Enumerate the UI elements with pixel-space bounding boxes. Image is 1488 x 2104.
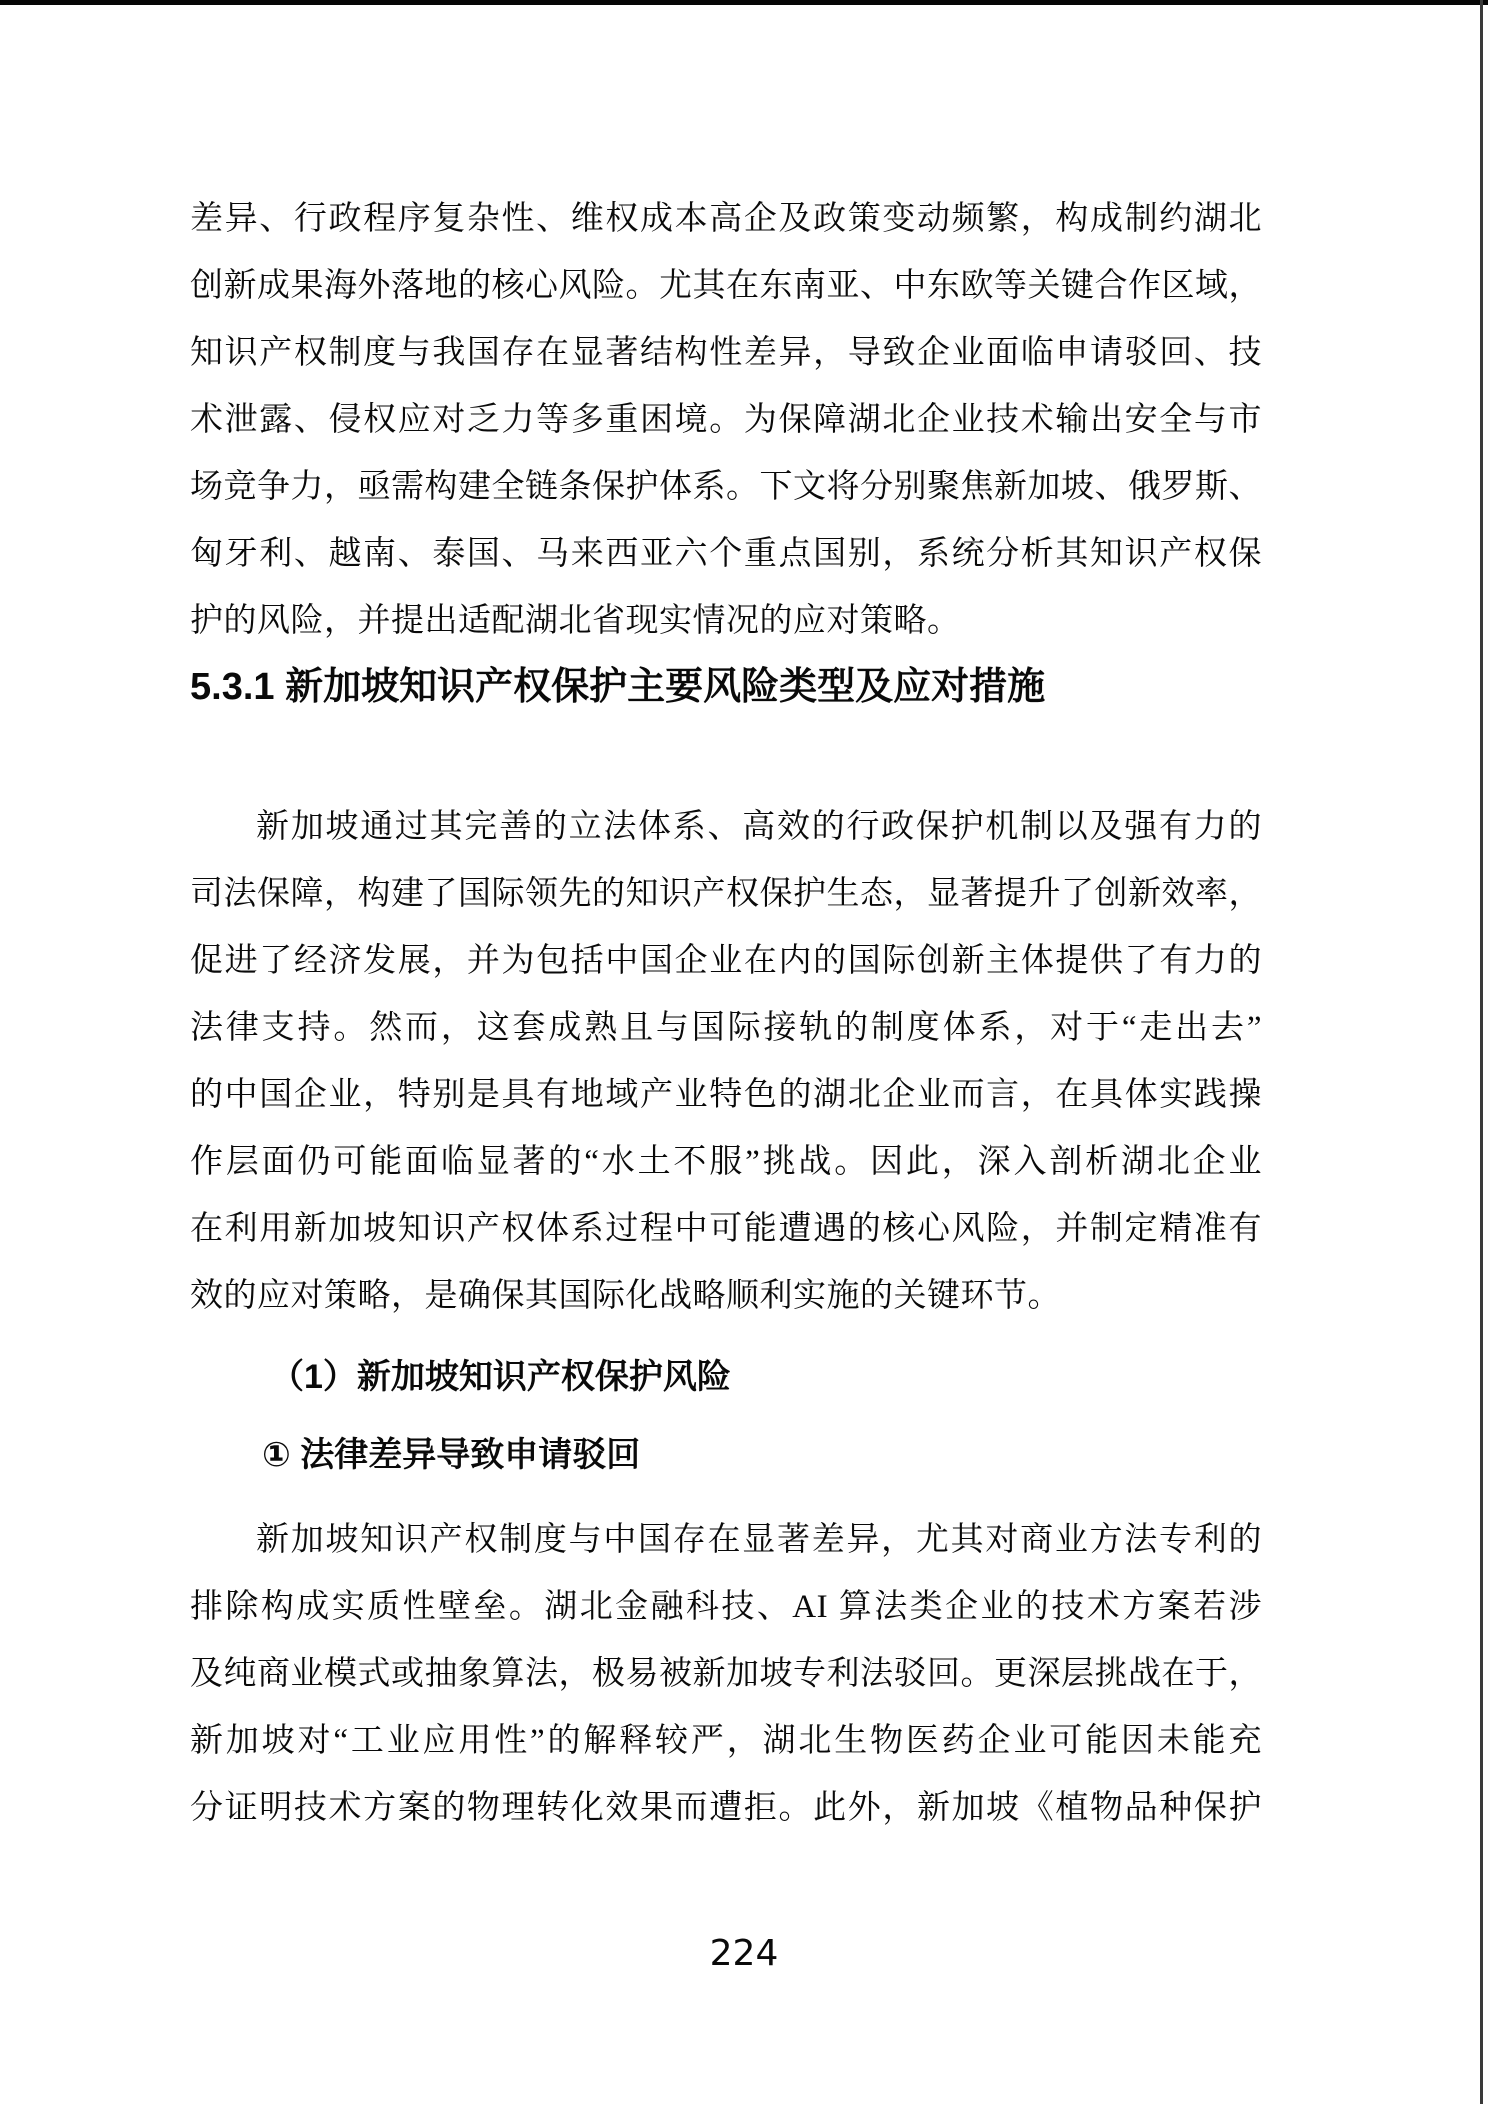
text-line: 司法保障，构建了国际领先的知识产权保护生态，显著提升了创新效率， [190,861,1262,928]
text-line: 法律支持。然而，这套成熟且与国际接轨的制度体系，对于“走出去” [190,995,1262,1062]
text-line: 知识产权制度与我国存在显著结构性差异，导致企业面临申请驳回、技 [190,320,1262,387]
text-line: 分证明技术方案的物理转化效果而遭拒。此外，新加坡《植物品种保护 [190,1775,1262,1842]
subheading-level-2: ① 法律差异导致申请驳回 [190,1422,1334,1489]
section-heading: 5.3.1 新加坡知识产权保护主要风险类型及应对措施 [190,654,1340,721]
text-line: 促进了经济发展，并为包括中国企业在内的国际创新主体提供了有力的 [190,928,1262,995]
text-line: 护的风险，并提出适配湖北省现实情况的应对策略。 [190,588,1262,655]
text-line: 作层面仍可能面临显著的“水土不服”挑战。因此，深入剖析湖北企业 [190,1129,1262,1196]
text-line: 创新成果海外落地的核心风险。尤其在东南亚、中东欧等关键合作区域， [190,253,1262,320]
text-line: 新加坡知识产权制度与中国存在显著差异，尤其对商业方法专利的 [190,1507,1262,1574]
text-line: 新加坡通过其完善的立法体系、高效的行政保护机制以及强有力的 [190,794,1262,861]
body-paragraph-2: 新加坡通过其完善的立法体系、高效的行政保护机制以及强有力的 司法保障，构建了国际… [190,794,1262,1330]
top-border-bar [0,0,1488,5]
subheading-level-1: （1）新加坡知识产权保护风险 [190,1344,1342,1411]
right-border-line [1480,0,1483,2104]
document-page: 差异、行政程序复杂性、维权成本高企及政策变动频繁，构成制约湖北 创新成果海外落地… [0,0,1488,2104]
text-line: 效的应对策略，是确保其国际化战略顺利实施的关键环节。 [190,1263,1262,1330]
text-line: 及纯商业模式或抽象算法，极易被新加坡专利法驳回。更深层挑战在于， [190,1641,1262,1708]
text-line: 新加坡对“工业应用性”的解释较严，湖北生物医药企业可能因未能充 [190,1708,1262,1775]
text-line: 排除构成实质性壁垒。湖北金融科技、AI 算法类企业的技术方案若涉 [190,1574,1262,1641]
text-line: 在利用新加坡知识产权体系过程中可能遭遇的核心风险，并制定精准有 [190,1196,1262,1263]
text-line: 差异、行政程序复杂性、维权成本高企及政策变动频繁，构成制约湖北 [190,186,1262,253]
text-line: 匈牙利、越南、泰国、马来西亚六个重点国别，系统分析其知识产权保 [190,521,1262,588]
text-line: 的中国企业，特别是具有地域产业特色的湖北企业而言，在具体实践操 [190,1062,1262,1129]
text-line: 术泄露、侵权应对乏力等多重困境。为保障湖北企业技术输出安全与市 [190,387,1262,454]
page-number: 224 [0,1929,1488,1979]
text-line: 场竞争力，亟需构建全链条保护体系。下文将分别聚焦新加坡、俄罗斯、 [190,454,1262,521]
body-paragraph-3: 新加坡知识产权制度与中国存在显著差异，尤其对商业方法专利的 排除构成实质性壁垒。… [190,1507,1262,1842]
body-paragraph-1: 差异、行政程序复杂性、维权成本高企及政策变动频繁，构成制约湖北 创新成果海外落地… [190,186,1262,655]
